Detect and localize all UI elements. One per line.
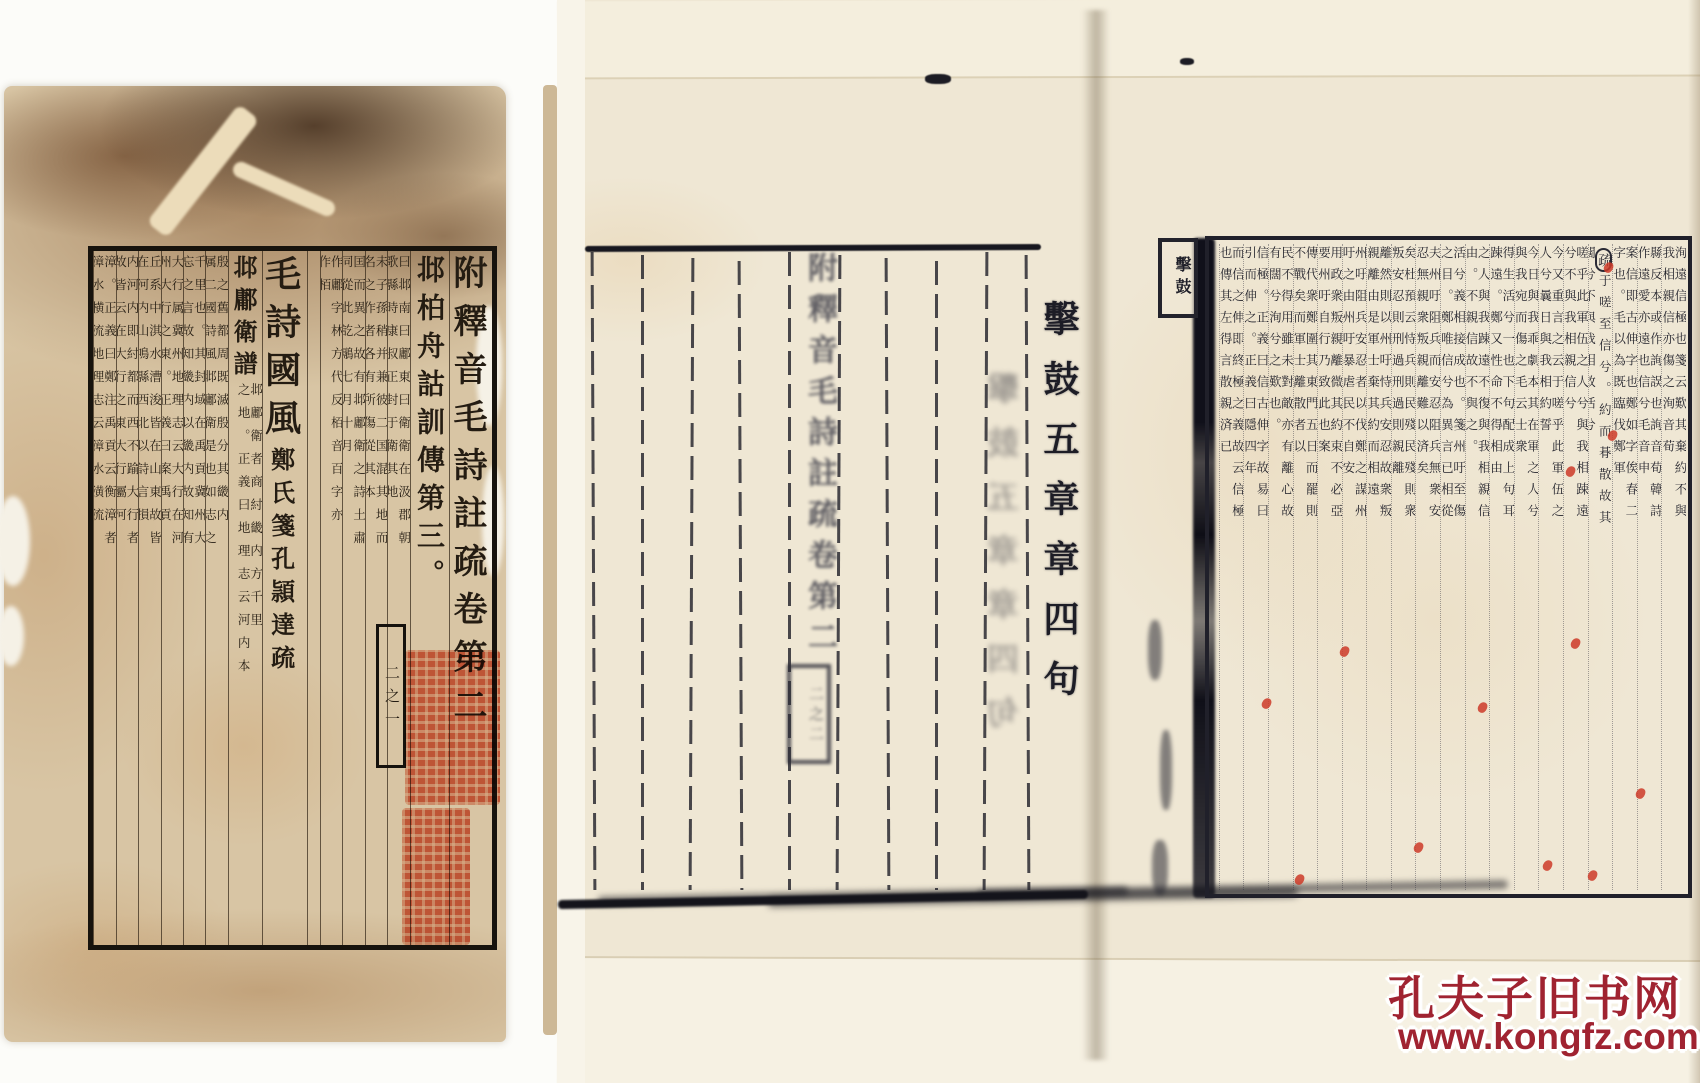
center-fold-shadow	[1082, 10, 1108, 1060]
collector-seal-icon	[405, 650, 500, 805]
commentary-line: 要州吁自行乃致此也案	[1317, 246, 1329, 890]
commentary-line: 不戰矣而軍士離散者以	[1293, 246, 1305, 890]
small-commentary-line: 之地。正義曰地理志云河内本	[237, 383, 250, 682]
commentary-line: 用政衆叛親離微其約束不必亞	[1329, 246, 1341, 890]
double-line-note: 内河内即紂都而西不踰大行者故皆云在大行之東大行屬河	[117, 255, 138, 554]
double-line-note: 曰邶南曰鄘東曰衛衛在汲郡朝歌縣時康叔正封于衛其地	[388, 255, 409, 554]
guofeng-column: 毛詩國風鄭氏箋孔頴達疏	[262, 251, 307, 945]
commentary-line: 親離由是軍士棄其約而相遠	[1366, 246, 1378, 890]
commentary-column: 之人與我踈遠不復與我相親信由。不親信故不與之。	[1465, 244, 1490, 890]
column-rule-line	[641, 255, 644, 890]
ghost-volume-box: 二之二	[787, 664, 831, 764]
small-commentary-line: 殷之舊都周既滅殷分其畿内	[215, 255, 228, 554]
commentary-line: 矣杜預云恃兵則民殘民殘則衆	[1403, 246, 1415, 890]
commentary-line: 闊兮不與我相救活兮	[1588, 246, 1595, 890]
double-line-note: 邶鄘衛者商紂畿内方千里之地。正義曰地理志云河内本	[229, 383, 262, 682]
small-commentary-line: 漳水横流地理志云漳水潢流	[93, 255, 103, 554]
double-line-note: 丘系中淇水漕浚皆在山東故皆在河内山鳴縣西北以詩言損	[139, 255, 160, 554]
commentary-line: 我相親信亦傷之洵音荀	[1662, 246, 1674, 890]
left-text-column: 丘系中淇水漕浚皆在山東故皆在河内山鳴縣西北以詩言損	[138, 251, 160, 945]
commentary-column: 而信之伸即終極之義故云信極也傳其左得言散親済已	[1219, 244, 1244, 890]
left-text-column: 千里也。其封域在禹貢冀州大忘之言故知畿内以畿内故知有	[183, 251, 205, 945]
commentary-column: 嗟乎此軍伍之人兮與我相踈遠兮不與我相親信兮	[1563, 244, 1588, 890]
double-line-note: 作鄘字林方代反栢音百字亦作栢	[321, 255, 342, 531]
small-commentary-line: 故皆云在大行之東大行屬河	[116, 255, 126, 554]
commentary-line: 吁之由州吁暴虐民不自安	[1342, 246, 1354, 890]
paper-tear	[0, 606, 24, 666]
commentary-column: 洵遠信極也箋云歎其棄約不與我相親信亦傷之洵音荀	[1661, 244, 1686, 890]
left-text-column: 作鄘字林方代反栢音百字亦作栢	[320, 251, 342, 945]
small-commentary-line: 州大行之東。正義曰案禹貢	[161, 255, 171, 554]
page-deckle-edge	[543, 85, 557, 1035]
commentary-column: 信極。正義曰信古伸字故易曰引而伸之。正義曰隱四年	[1243, 244, 1268, 890]
small-commentary-line: 囯而異之故有邶鄘衛之詩土肅	[352, 255, 365, 554]
commentary-line: 引而伸之。正義曰隱四年	[1243, 246, 1255, 890]
commentary-line: 活兮義相接成也。箋州吁至傷	[1452, 246, 1464, 890]
small-commentary-line: 邶鄘衛者商紂畿内方千里	[249, 383, 262, 682]
small-commentary-line: 歌縣時康叔正封于衛其地	[387, 255, 397, 554]
commentary-line: 叛安忍則刑過刑過則親離	[1391, 246, 1403, 890]
double-line-note: 囯而異之故有邶鄘衛之詩土肅同從此訖鷊七月十月	[343, 255, 364, 554]
small-commentary-line: 属二國詩風邶鄘衛是也如志之	[205, 255, 215, 554]
commentary-line: 嗟乎此軍伍之人兮與我相踈遠	[1575, 246, 1587, 890]
paper-tear-streak	[231, 159, 338, 218]
commentary-line: 之目。鄭唯信兮為異言已相從	[1440, 246, 1452, 890]
right-spread-top-sheet-edge	[557, 0, 1700, 79]
commentary-column: 矣杜預云恃兵則民殘民殘則衆叛安忍則刑過刑過則親離	[1391, 244, 1416, 890]
commentary-column: 今日與我乖劇本其在軍之人兮與我宛而傷之毛云士衆	[1514, 244, 1539, 890]
double-line-note: 漳。正義曰鄭注禹貢云衡漳者漳水横流地理志云漳水潢流	[94, 255, 115, 554]
column-rule-line	[935, 261, 938, 890]
double-line-note: 大行属冀州地理志云大行在河州大行之東。正義曰案禹貢	[162, 255, 183, 554]
double-line-note: 千里也。其封域在禹貢冀州大忘之言故知畿内以畿内故知有	[184, 255, 205, 554]
small-commentary-line: 同從此訖鷊七月十月	[342, 255, 352, 554]
left-text-column: 内河内即紂都而西不踰大行者故皆云在大行之東大行屬河	[116, 251, 138, 945]
small-commentary-line: 忘之言故知畿内以畿内故知有	[183, 255, 193, 554]
annotator-zheng: 鄭氏箋	[267, 447, 296, 546]
collector-seal-icon	[402, 808, 470, 945]
small-commentary-line: 曰邶南曰鄘東曰衛衛在汲郡朝	[397, 255, 410, 554]
commentary-line: 今日與我乖劇本其在軍之人兮	[1526, 246, 1538, 890]
column-rule-line	[788, 252, 791, 890]
commentary-line: 民不得用雖未對敵亦有離心故	[1280, 246, 1292, 890]
left-text-column: 大行属冀州地理志云大行在河州大行之東。正義曰案禹貢	[161, 251, 183, 945]
ink-smudge	[1160, 730, 1172, 810]
commentary-line: 與我宛而傷之毛云士衆	[1514, 246, 1526, 890]
commentary-line: 忍無親衆叛親離難以済矣	[1416, 246, 1428, 890]
commentary-line: 有闊兮洵兮之歎也。	[1268, 246, 1280, 890]
left-text-column: 邶鄘衛譜邶鄘衛者商紂畿内方千里之地。正義曰地理志云河内本	[228, 251, 262, 945]
guofeng-title: 毛詩國風	[262, 255, 302, 447]
double-line-note: 未子孫稍并兼彼二国混其地而名之作者各有所傷從其本	[366, 255, 387, 554]
paper-tear	[0, 496, 30, 586]
left-text-column: 囯而異之故有邶鄘衛之詩土肅同從此訖鷊七月十月	[342, 251, 364, 945]
commentary-column: 活兮義相接成也。箋州吁至傷之目。鄭唯信兮為異言已相從	[1440, 244, 1465, 890]
watermark-site-url: www.kongfz.com	[1398, 1016, 1699, 1058]
small-commentary-line: 作栢	[320, 255, 330, 531]
right-spread-left-margin	[557, 0, 585, 1083]
commentary-column: 民不得用雖未對敵亦有離心故有闊兮洵兮之歎也。	[1268, 244, 1293, 890]
commentary-line: 兮不與我相親信兮	[1563, 246, 1575, 890]
commentary-column: 案信即古伸字也鄭如字俟春二字也。毛以為既臨伐鄭軍	[1612, 244, 1637, 890]
section-heading: 邶柏舟詁訓傳第三。	[413, 255, 446, 597]
small-commentary-line: 在河内山鳴縣西北以詩言損	[138, 255, 148, 554]
photograph-of-antique-books: 附釋音毛詩註疏卷第二 二之二 擊鼓五章章四句 擊鼓五章章四句 擊鼓 洵遠信極也箋…	[0, 0, 1700, 1083]
commentary-column: 得生活兮一也下句配成上句耳踈遠。鄭又性命不得相由	[1489, 244, 1514, 890]
ink-smudge	[1152, 840, 1168, 895]
volume-label-box: 二之一	[376, 624, 406, 768]
commentary-line: 也傳其左得言散親済已	[1219, 246, 1231, 890]
annotator-kong: 孔頴達疏	[267, 546, 296, 678]
commentary-column: 疏于嗟至信兮。約而朞散故其闊兮不與我相救活兮	[1588, 244, 1613, 890]
ink-smudge	[1148, 620, 1162, 680]
commentary-line: 疏于嗟至信兮。約而朞散故其	[1595, 246, 1613, 890]
ink-speck	[925, 74, 951, 84]
right-page-text-block: 洵遠信極也箋云歎其棄約不與我相親信亦傷之洵音荀縣反本或作詢誤也詢音荀韓詩作遠愛亦…	[1205, 236, 1692, 898]
commentary-line: 踈遠。鄭又性命不得相由	[1489, 246, 1501, 890]
page-ear-label: 擊鼓	[1158, 238, 1198, 318]
double-line-note: 殷之舊都周既滅殷分其畿内属二國詩風邶鄘衛是也如志之	[206, 255, 227, 554]
small-commentary-line: 名之作者各有所傷從其本	[365, 255, 375, 554]
commentary-column: 用政衆叛親離微其約束不必亞要州吁自行乃致此也案	[1317, 244, 1342, 890]
ghost-mirrored-chapter-end: 擊鼓五章章四句	[982, 372, 1028, 842]
small-commentary-line: 大行属冀州地理志云大行在河	[170, 255, 183, 554]
commentary-column: 夫州吁阻兵而安忍阻兵無衆安忍無親衆叛親離難以済矣	[1415, 244, 1440, 890]
blank-column	[307, 251, 320, 945]
left-text-column: 殷之舊都周既滅殷分其畿内属二國詩風邶鄘衛是也如志之	[205, 251, 227, 945]
ghost-offset-title: 附釋音毛詩註疏卷第二	[797, 252, 841, 672]
commentary-line: 人兮曩日與我相約誓	[1539, 246, 1551, 890]
left-text-column: 漳。正義曰鄭注禹貢云衡漳者漳水横流地理志云漳水潢流	[93, 251, 115, 945]
commentary-column: 今又重言之云于嗟乎此軍伍之人兮曩日與我相約誓	[1538, 244, 1563, 890]
commentary-column: 傳代衆鄭圍其東門五日而罷則不戰矣而軍士離散者以	[1293, 244, 1318, 890]
section-heading: 邶鄘衛譜	[229, 255, 258, 383]
ink-speck	[1180, 58, 1194, 65]
chapter-end-column: 擊鼓五章章四句	[1034, 300, 1085, 780]
left-text-column: 未子孫稍并兼彼二国混其地而名之作者各有所傷從其本	[365, 251, 387, 945]
commentary-column: 離然則以州吁恃兵安忍故衆叛親離由是軍士棄其約而相遠	[1366, 244, 1391, 890]
commentary-column: 州吁阻兵安忍者以伐鄭之謀州吁之由州吁暴虐民不自安	[1342, 244, 1367, 890]
commentary-line: 字也。毛以為既臨伐鄭軍	[1612, 246, 1624, 890]
commentary-line: 由。不親信故不與之。	[1465, 246, 1477, 890]
